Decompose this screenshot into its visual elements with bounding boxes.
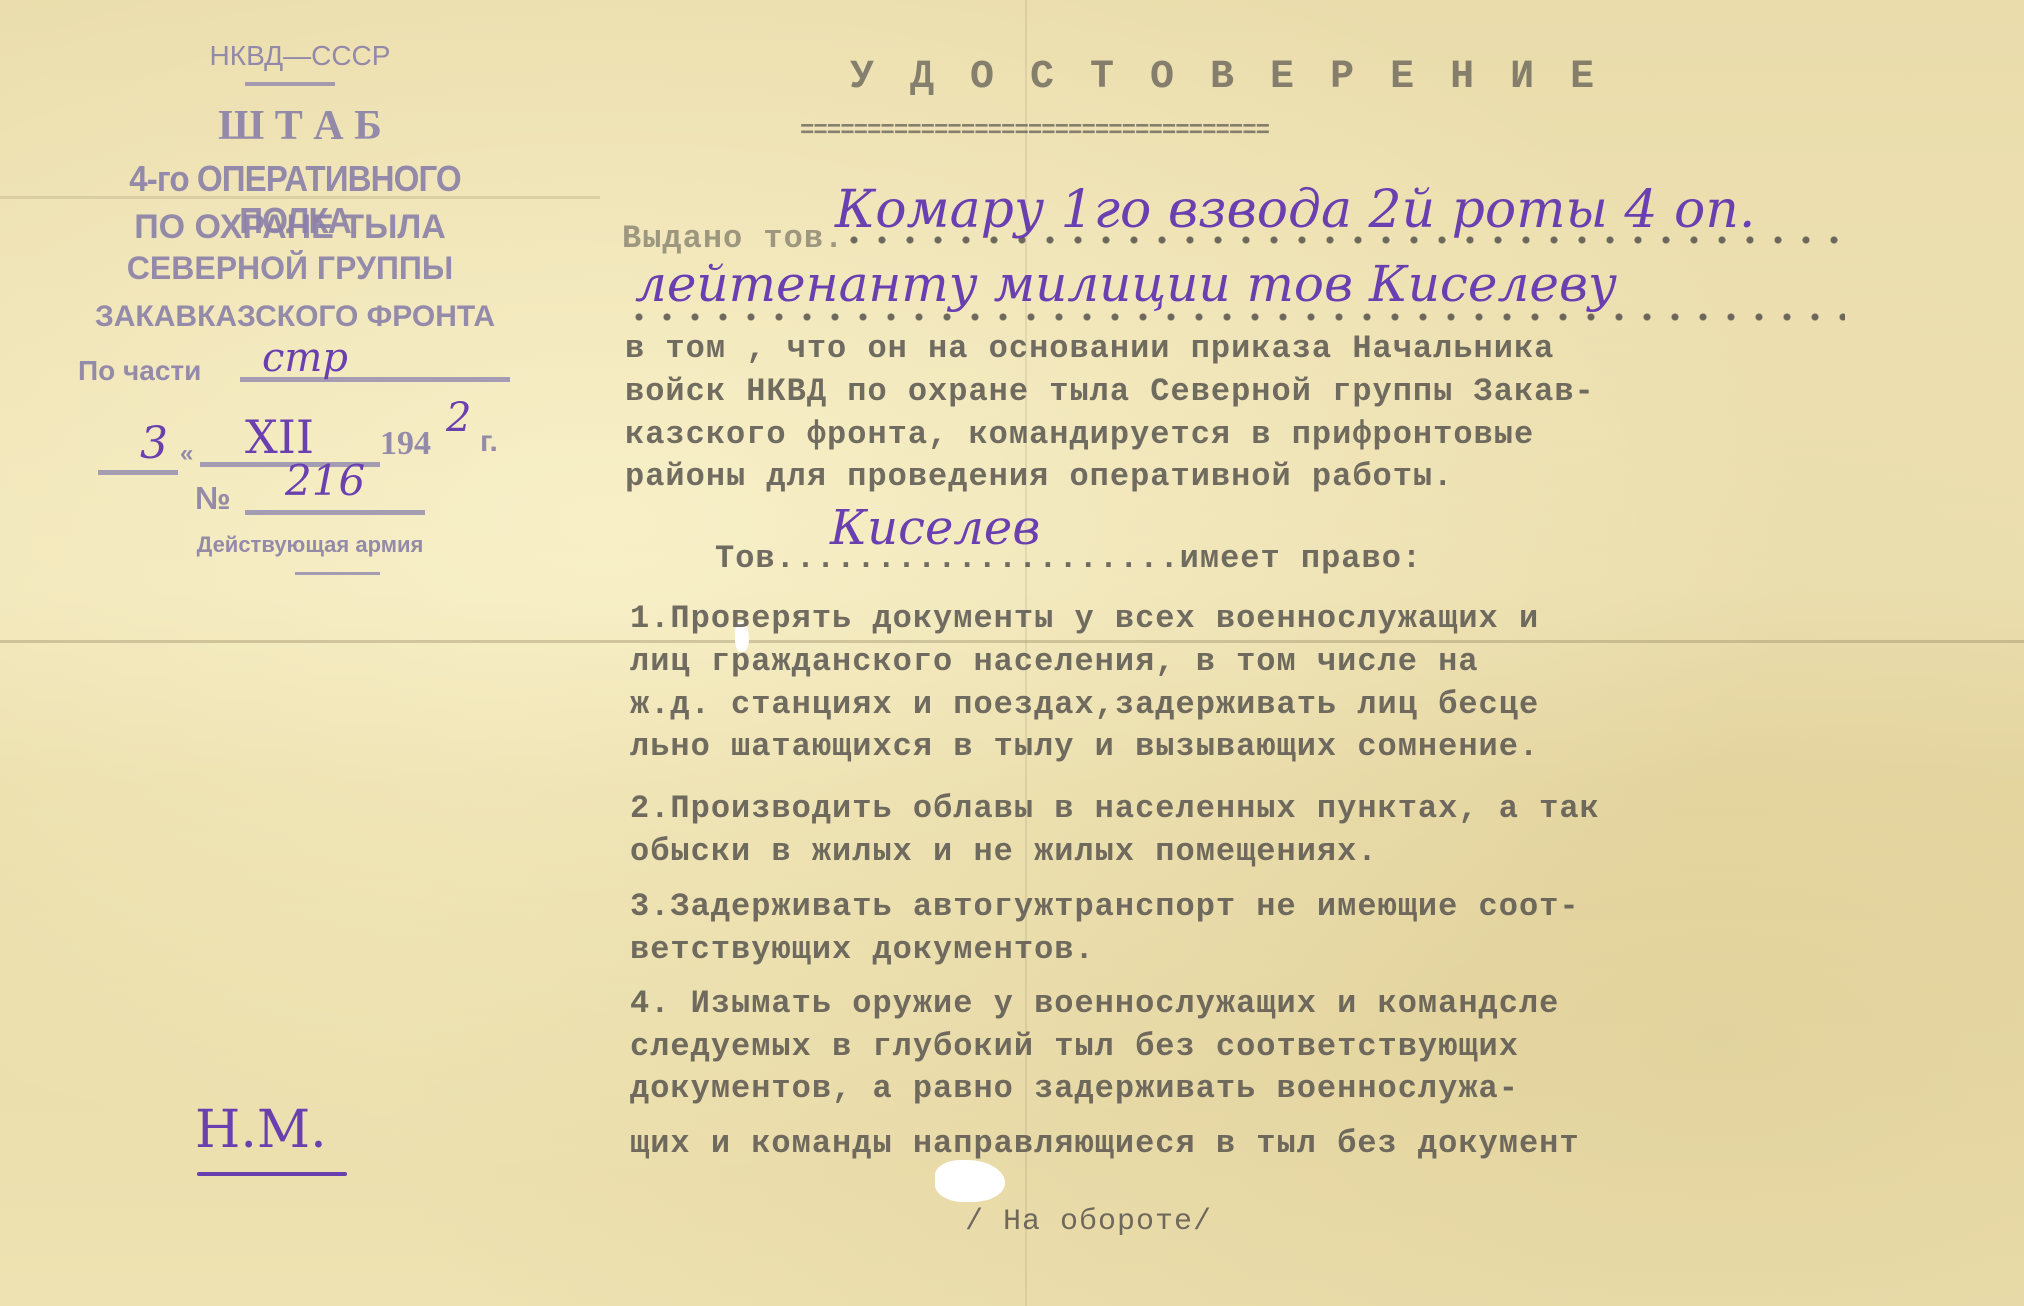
rights-line: Тов....................имеет право: xyxy=(715,540,1422,577)
stamp-year-label: г. xyxy=(480,425,498,459)
document-title: У Д О С Т О В Е Р Е Н И Е xyxy=(850,55,1600,100)
dotted-line xyxy=(625,312,1845,322)
rights-item-line: 2.Производить облавы в населенных пункта… xyxy=(630,790,1600,827)
stamp-quote: « xyxy=(180,440,193,468)
rights-item-line: льно шатающихся в тылу и вызывающих сомн… xyxy=(630,728,1539,765)
rights-item-line: следуемых в глубокий тыл без соответству… xyxy=(630,1028,1519,1065)
stamp-number-label: № xyxy=(195,480,231,517)
stamp-day[interactable]: 3 xyxy=(140,418,168,469)
rights-item-line: документов, а равно задерживать военносл… xyxy=(630,1070,1519,1107)
paper-tear xyxy=(935,1160,1005,1202)
body-line: казского фронта, командируется в прифрон… xyxy=(625,416,1534,453)
stamp-rule xyxy=(245,82,335,86)
stamp-year-suffix[interactable]: 2 xyxy=(446,395,471,441)
signature-underline xyxy=(197,1172,347,1176)
issued-label: Выдано тов. xyxy=(622,220,844,257)
stamp-army-rule xyxy=(295,572,380,575)
stamp-army-label: Действующая армия xyxy=(155,532,465,558)
stamp-line2: ПО ОХРАНЕ ТЫЛА xyxy=(80,208,500,247)
stamp-line4: ЗАКАВКАЗСКОГО ФРОНТА xyxy=(60,300,530,334)
rights-item-line: ветствующих документов. xyxy=(630,931,1095,968)
issued-to-line2[interactable]: лейтенанту милиции тов Киселеву xyxy=(635,255,1617,313)
stamp-part-value[interactable]: стр xyxy=(262,335,348,381)
rights-item-line: 3.Задерживать автогужтранспорт не имеющи… xyxy=(630,888,1580,925)
stamp-hq: Ш Т А Б xyxy=(150,102,450,150)
rights-item-line: щих и команды направляющиеся в тыл без д… xyxy=(630,1125,1580,1162)
stamp-org: НКВД—СССР xyxy=(150,40,450,72)
body-line: войск НКВД по охране тыла Северной групп… xyxy=(625,373,1595,410)
stamp-year-prefix: 194 xyxy=(380,425,431,463)
rights-item-line: 4. Изымать оружие у военнослужащих и ком… xyxy=(630,985,1559,1022)
body-line: районы для проведения оперативной работы… xyxy=(625,458,1453,495)
title-underline: =================================== xyxy=(800,118,1269,145)
stamp-part-label: По части xyxy=(78,355,201,387)
continued-note: / На обороте/ xyxy=(965,1205,1212,1239)
rights-item-line: лиц гражданского населения, в том числе … xyxy=(630,643,1479,680)
rights-item-line: ж.д. станциях и поездах,задерживать лиц … xyxy=(630,686,1539,723)
rights-item-line: обыски в жилых и не жилых помещениях. xyxy=(630,833,1378,870)
stamp-number[interactable]: 216 xyxy=(285,456,365,505)
stamp-line3: СЕВЕРНОЙ ГРУППЫ xyxy=(80,250,500,287)
body-line: в том , что он на основании приказа Нача… xyxy=(625,330,1554,367)
stamp-number-line xyxy=(245,510,425,515)
stamp-day-line xyxy=(98,470,178,475)
initials-signature[interactable]: Н.М. xyxy=(195,1100,327,1160)
rights-item-line: 1.Проверять документы у всех военнослужа… xyxy=(630,600,1539,637)
issued-to-line1[interactable]: Комару 1го взвода 2й роты 4 оп. xyxy=(835,180,1755,240)
